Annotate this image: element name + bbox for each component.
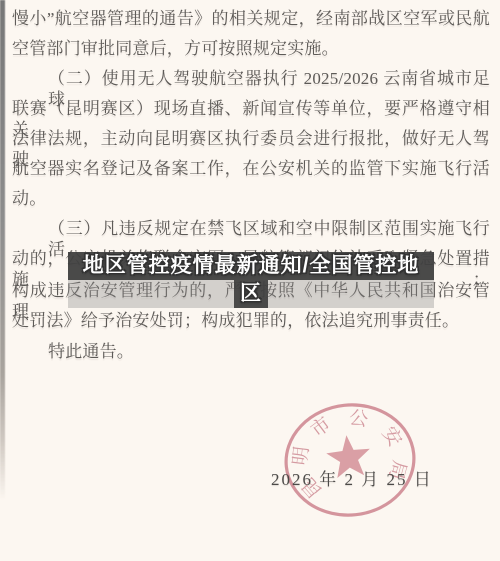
doc-line: 联赛（昆明赛区）现场直播、新闻宣传等单位，要严格遵守相关 [12, 98, 490, 122]
svg-text:公: 公 [347, 407, 369, 431]
doc-line: （二）使用无人驾驶航空器执行 2025/2026 云南省城市足球 [12, 68, 490, 92]
doc-line: 处罚法》给予治安处罚；构成犯罪的，依法追究刑事责任。 [12, 310, 490, 334]
doc-line: 空管部门审批同意后，方可按照规定实施。 [12, 38, 490, 62]
date-stamp: 2026 年 2 月 25 日 [271, 465, 433, 490]
doc-line: 航空器实名登记及备案工作，在公安机关的监管下实施飞行活 [12, 158, 490, 182]
caption-overlay[interactable]: 地区管控疫情最新通知/全国管控地区 [68, 252, 434, 308]
doc-line: （三）凡违反规定在禁飞区域和空中限制区范围实施飞行活 [12, 218, 490, 242]
scanned-notice-page: { "document": { "lines": [ "慢小”航空器管理的通告》… [0, 0, 500, 561]
official-seal: 昆明市公安局 [280, 398, 420, 522]
doc-line: 特此通告。 [12, 341, 490, 365]
caption-line-1: 地区管控疫情最新通知/全国管控地 [68, 252, 434, 280]
doc-line: 慢小”航空器管理的通告》的相关规定，经南部战区空军或民航 [12, 8, 490, 32]
doc-line: 动。 [12, 188, 490, 212]
svg-text:明: 明 [289, 445, 313, 467]
caption-line-2: 区 [234, 280, 268, 308]
doc-line: 法律法规，主动向昆明赛区执行委员会进行报批，做好无人驾驶 [12, 128, 490, 152]
page-edge-shadow [0, 0, 5, 500]
